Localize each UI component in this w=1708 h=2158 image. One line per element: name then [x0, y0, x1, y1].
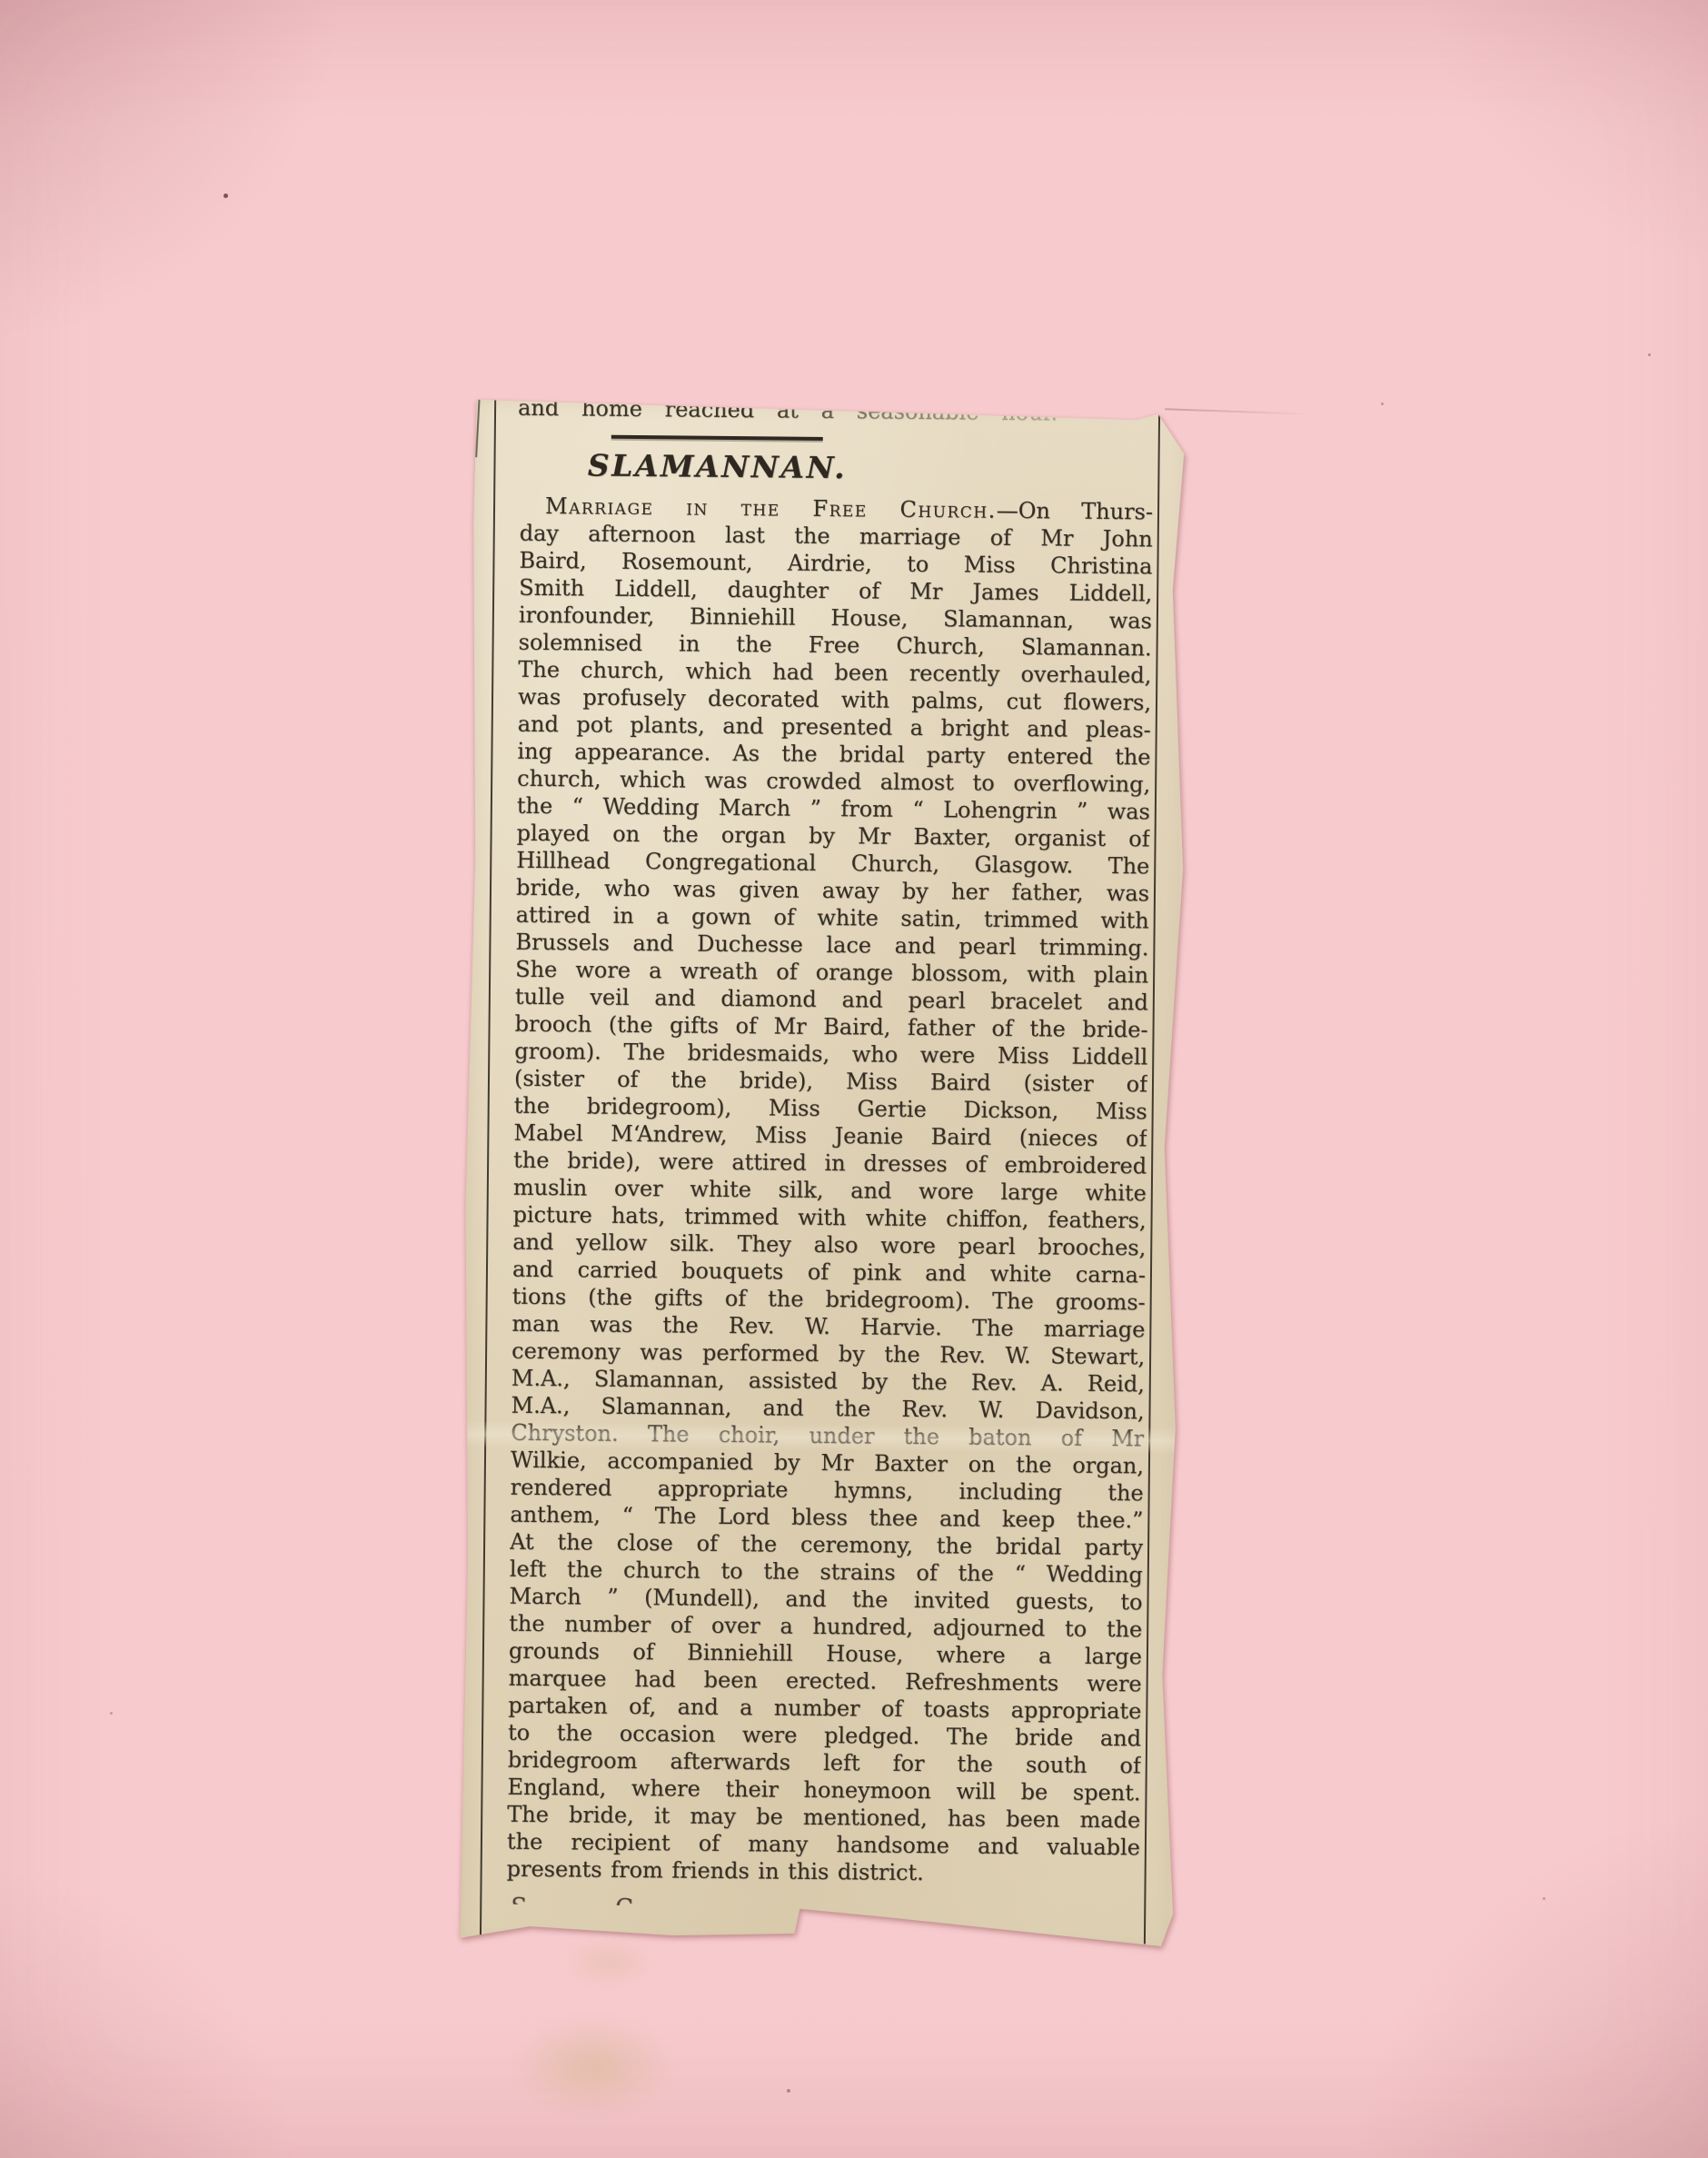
cut-off-bottom-line: S C [506, 1894, 1139, 1911]
column-rule-left [480, 397, 496, 1947]
adhesive-stain [484, 1999, 702, 2135]
newspaper-clipping: and home reached at a seasonable hour. S… [458, 397, 1190, 1954]
bottom-fragment-letter: C [615, 1895, 633, 1911]
cut-off-top-line: and home reached at a seasonable hour. [518, 400, 1058, 431]
ink-speck [787, 2089, 790, 2093]
ink-speck [1381, 403, 1384, 405]
ink-speck [1543, 1897, 1545, 1900]
first-line-rest: —On Thurs- [997, 498, 1153, 525]
clipping-paper: and home reached at a seasonable hour. S… [458, 397, 1190, 1954]
section-heading: SLAMANNAN. [472, 446, 962, 486]
article-body: Marriage in the Free Church.—On Thurs- d… [507, 492, 1154, 1889]
ink-speck [1648, 353, 1651, 356]
bottom-fragment-letter: S [511, 1894, 527, 1911]
ink-speck [223, 194, 228, 198]
ink-speck [110, 1712, 113, 1715]
article-lines: day afternoon last the marriage of Mr Jo… [507, 520, 1153, 1889]
section-divider-rule [611, 435, 823, 441]
lead-smallcaps-text: Marriage in the Free Church. [545, 493, 997, 523]
album-page-background: and home reached at a seasonable hour. S… [0, 0, 1708, 2158]
